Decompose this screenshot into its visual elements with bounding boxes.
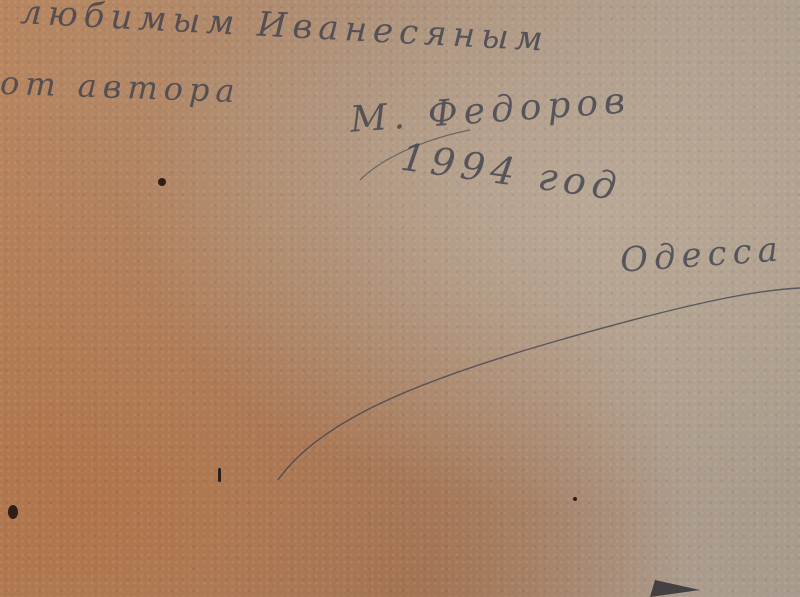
ink-spot — [573, 497, 577, 501]
ink-spot — [8, 505, 18, 519]
cardboard-photo: любимым Иванесяным от автора М. Федоров … — [0, 0, 800, 597]
ink-spot — [158, 178, 166, 186]
ink-spot — [218, 468, 221, 482]
